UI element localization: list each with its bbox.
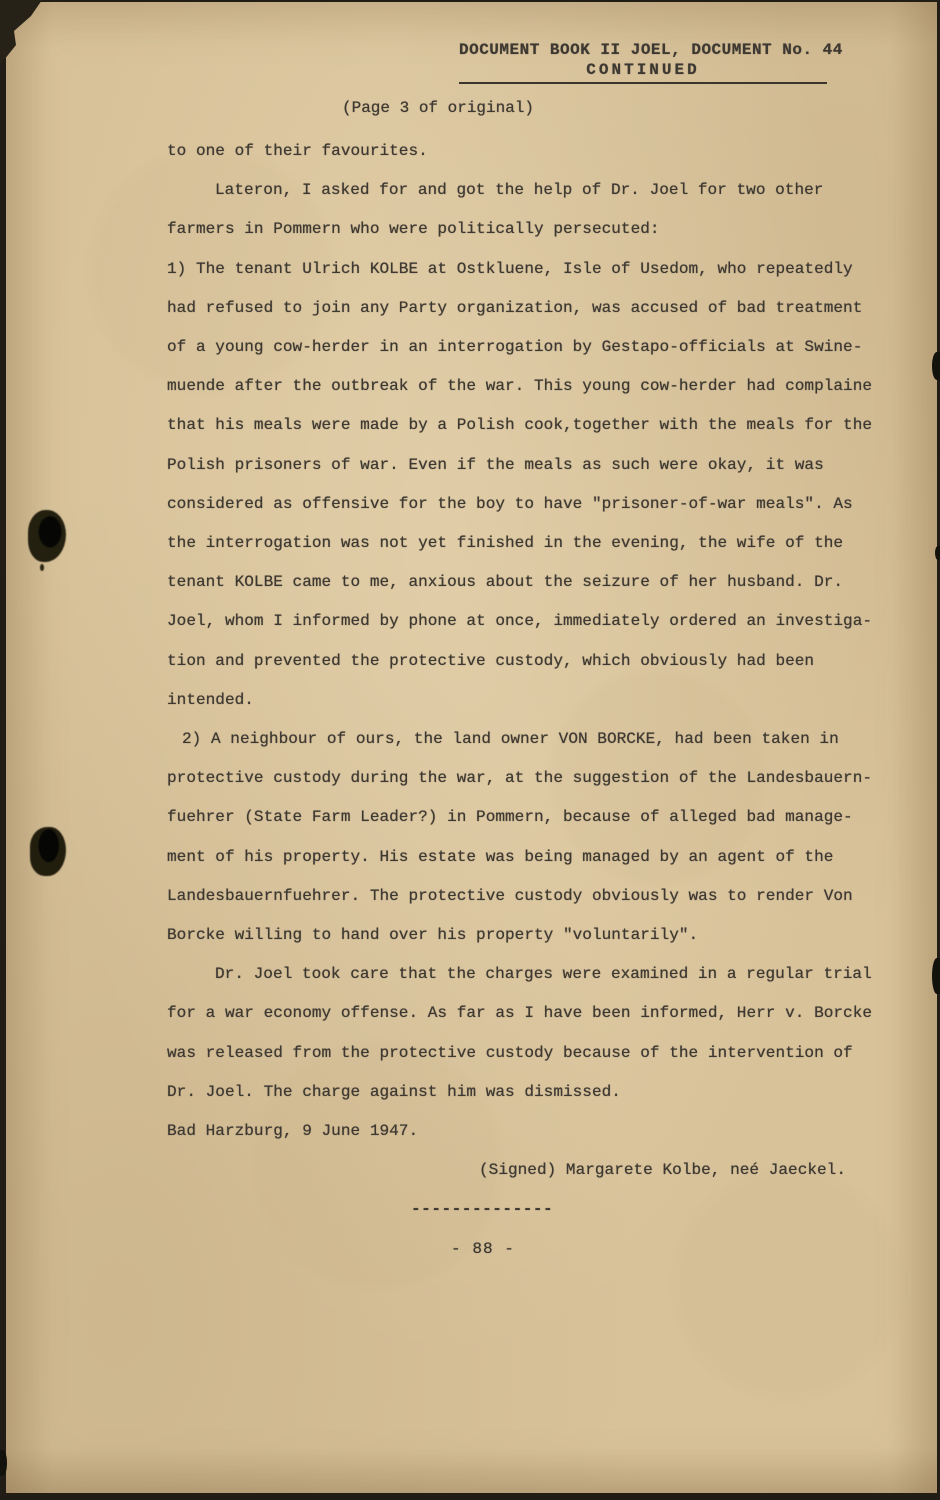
typed-line: Borcke willing to hand over his property… [167, 916, 872, 955]
typed-line: was released from the protective custody… [167, 1034, 872, 1073]
divider-dashes: -------------- [167, 1190, 872, 1229]
typed-body: to one of their favourites. Lateron, I a… [167, 132, 872, 1269]
edge-nick [932, 958, 940, 994]
typed-line: tenant KOLBE came to me, anxious about t… [167, 563, 872, 602]
typed-line: ment of his property. His estate was bei… [167, 838, 872, 877]
typed-line: fuehrer (State Farm Leader?) in Pommern,… [167, 798, 872, 837]
typed-line-dateline: Bad Harzburg, 9 June 1947. [167, 1112, 872, 1151]
edge-nick [932, 352, 940, 380]
typed-line: to one of their favourites. [167, 132, 872, 171]
document-header: DOCUMENT BOOK II JOEL, DOCUMENT No. 44 C… [459, 41, 843, 84]
typed-line: Dr. Joel. The charge against him was dis… [167, 1073, 872, 1112]
page-note: (Page 3 of original) [342, 99, 534, 117]
header-title: DOCUMENT BOOK II JOEL, DOCUMENT No. 44 [459, 41, 843, 59]
typed-line: for a war economy offense. As far as I h… [167, 994, 872, 1033]
typed-line: tion and prevented the protective custod… [167, 642, 872, 681]
typed-line: intended. [167, 681, 872, 720]
header-continued-label: CONTINUED [586, 61, 699, 79]
typed-line: Dr. Joel took care that the charges were… [167, 955, 872, 994]
typed-line: Polish prisoners of war. Even if the mea… [167, 446, 872, 485]
typed-line: had refused to join any Party organizati… [167, 289, 872, 328]
typed-line: Lateron, I asked for and got the help of… [167, 171, 872, 210]
typed-line: Landesbauernfuehrer. The protective cust… [167, 877, 872, 916]
signature-line: (Signed) Margarete Kolbe, neé Jaeckel. [167, 1151, 872, 1190]
typed-line: 1) The tenant Ulrich KOLBE at Ostkluene,… [167, 250, 872, 289]
edge-nick [935, 546, 940, 560]
typed-line: the interrogation was not yet finished i… [167, 524, 872, 563]
typed-line: of a young cow-herder in an interrogatio… [167, 328, 872, 367]
header-underline: CONTINUED [459, 61, 827, 84]
typed-line: 2) A neighbour of ours, the land owner V… [167, 720, 872, 759]
scanned-document-page: DOCUMENT BOOK II JOEL, DOCUMENT No. 44 C… [0, 0, 940, 1500]
page-number: - 88 - [167, 1230, 872, 1269]
typed-line: considered as offensive for the boy to h… [167, 485, 872, 524]
typed-line: muende after the outbreak of the war. Th… [167, 367, 872, 406]
typed-line: Joel, whom I informed by phone at once, … [167, 602, 872, 641]
typed-line: that his meals were made by a Polish coo… [167, 406, 872, 445]
typed-line: protective custody during the war, at th… [167, 759, 872, 798]
typed-line: farmers in Pommern who were politically … [167, 210, 872, 249]
